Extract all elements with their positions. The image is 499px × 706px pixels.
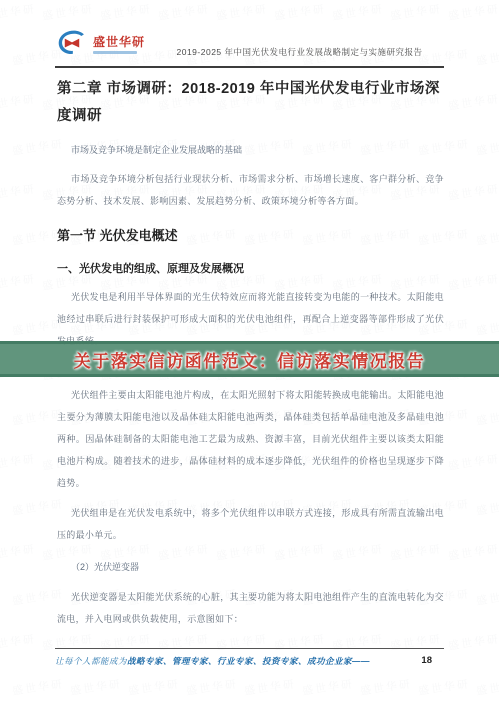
chapter-title: 第二章 市场调研：2018-2019 年中国光伏发电行业市场深度调研: [57, 76, 444, 130]
paragraph-module: 光伏组件主要由太阳能电池片构成，在太阳光照射下将太阳能转换成电能输出。太阳能电池…: [57, 384, 444, 494]
paragraph-inverter: 光伏逆变器是太阳能光伏系统的心脏，其主要功能为将太阳电池组件产生的直流电转化为交…: [57, 586, 444, 630]
page-footer: 让每个人都能成为战略专家、管理专家、行业专家、投资专家、成功企业家—— 18: [55, 648, 444, 667]
page-number: 18: [421, 655, 432, 666]
brand-text: 盛世华研: [93, 36, 145, 54]
report-header: 盛世华研 2019-2025 年中国光伏发电行业发展战略制定与实施研究报告: [55, 28, 444, 68]
report-title: 2019-2025 年中国光伏发电行业发展战略制定与实施研究报告: [145, 46, 444, 61]
footer-slogan-emphasis: 战略专家、管理专家、行业专家、投资专家、成功企业家——: [127, 656, 370, 666]
subsection-heading: 一、光伏发电的组成、原理及发展概况: [57, 262, 444, 276]
intro-note: 市场及竞争环境是制定企业发展战略的基础: [57, 144, 444, 156]
brand-logo: 盛世华研: [55, 28, 145, 61]
report-page: 盛世华研盛世华研盛世华研盛世华研盛世华研盛世华研盛世华研盛世华研盛世华研盛世华研…: [0, 0, 499, 706]
item-heading-inverter: （2）光伏逆变器: [57, 556, 444, 578]
promo-banner[interactable]: 关于落实信访函件范文：信访落实情况报告: [0, 341, 499, 377]
footer-slogan-prefix: 让每个人都能成为: [55, 656, 127, 666]
paragraph-string: 光伏组串是在光伏发电系统中，将多个光伏组件以串联方式连接，形成具有所需直流输出电…: [57, 502, 444, 546]
intro-paragraph: 市场及竞争环境分析包括行业现状分析、市场需求分析、市场增长速度、客户群分析、竞争…: [57, 168, 444, 212]
promo-banner-text: 关于落实信访函件范文：信访落实情况报告: [74, 347, 426, 372]
footer-slogan: 让每个人都能成为战略专家、管理专家、行业专家、投资专家、成功企业家——: [55, 655, 370, 667]
brand-url-line: [93, 51, 137, 54]
section-heading: 第一节 光伏发电概述: [57, 228, 444, 244]
brand-name: 盛世华研: [93, 36, 145, 49]
swoosh-book-icon: [55, 28, 89, 61]
